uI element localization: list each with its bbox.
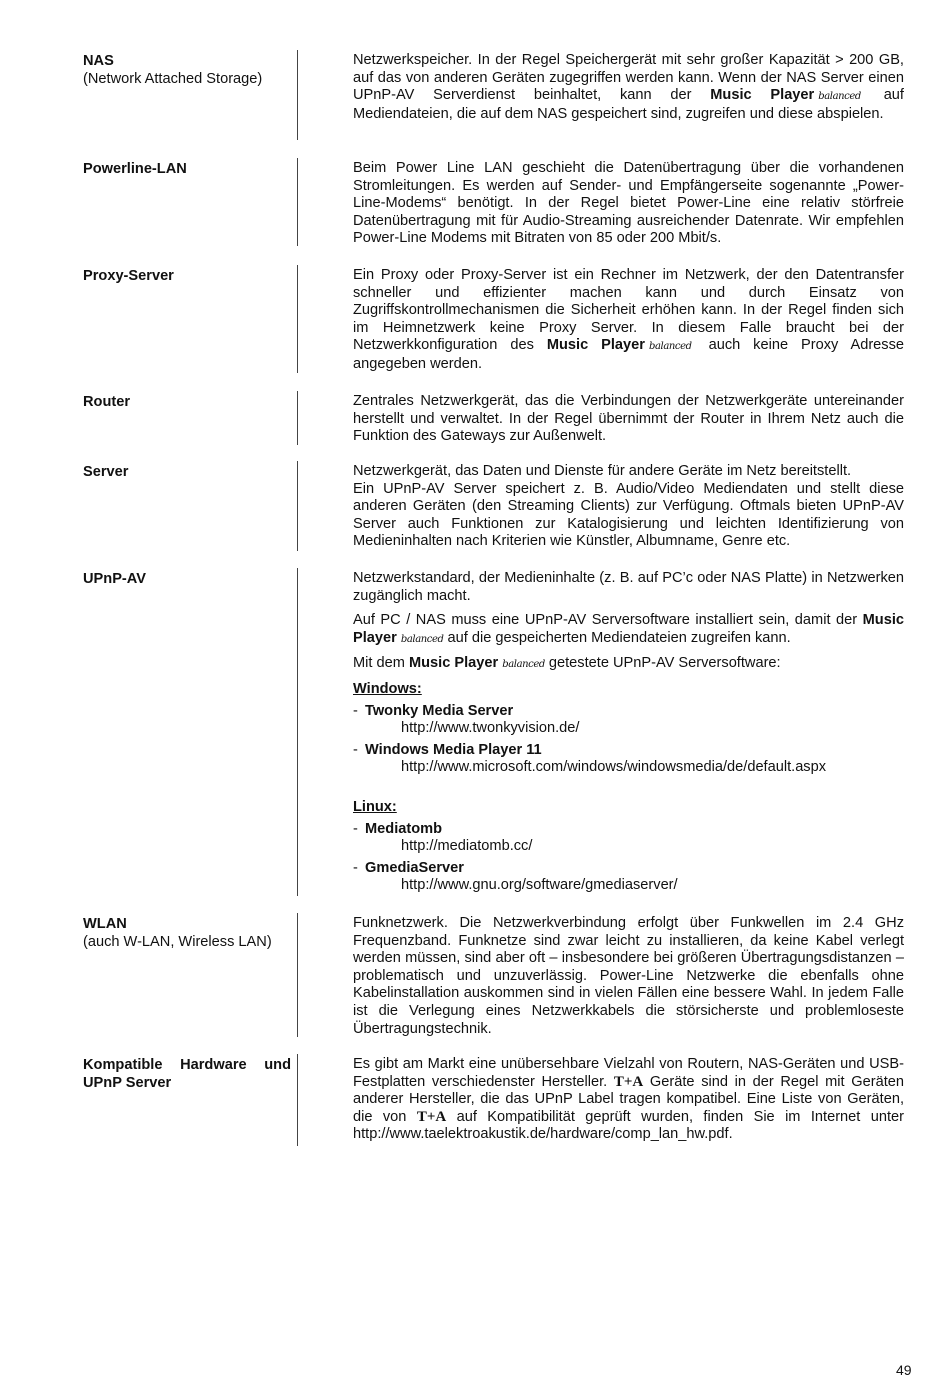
- def-text: Auf PC / NAS muss eine UPnP-AV Serversof…: [353, 612, 857, 628]
- definition: Netzwerkstandard, der Medieninhalte (z. …: [353, 570, 904, 895]
- balanced-logo: balanced: [649, 341, 692, 352]
- def-text: Netzwerkgerät, das Daten und Dienste für…: [353, 463, 904, 481]
- divider: [297, 158, 298, 246]
- divider: [297, 913, 298, 1037]
- divider: [297, 391, 298, 445]
- definition: Funknetzwerk. Die Netzwerkverbindung erf…: [353, 915, 904, 1038]
- software-name: GmediaServer: [365, 860, 464, 876]
- term-title: Router: [83, 394, 130, 410]
- term-title: Powerline-LAN: [83, 161, 187, 177]
- term: Proxy-Server: [83, 267, 291, 285]
- balanced-logo: balanced: [502, 659, 545, 670]
- divider: [297, 265, 298, 373]
- term: WLAN (auch W-LAN, Wireless LAN): [83, 915, 291, 951]
- list-item: -GmediaServer http://www.gnu.org/softwar…: [353, 860, 904, 895]
- definition: Es gibt am Markt eine unübersehbare Viel…: [353, 1056, 904, 1144]
- term: Kompatible Hardware und UPnP Server: [83, 1056, 291, 1092]
- product-name: Music Player: [710, 87, 814, 103]
- term-title: UPnP-AV: [83, 571, 146, 587]
- balanced-logo: balanced: [401, 634, 444, 645]
- def-text: Funknetzwerk. Die Netzwerkverbindung erf…: [353, 915, 904, 1038]
- def-text: Beim Power Line LAN geschieht die Datenü…: [353, 160, 904, 248]
- term-title: WLAN: [83, 916, 127, 932]
- divider: [297, 1054, 298, 1146]
- term-title: NAS: [83, 53, 114, 69]
- term: NAS (Network Attached Storage): [83, 52, 291, 88]
- def-text: Mit dem: [353, 655, 405, 671]
- definition: Ein Proxy oder Proxy-Server ist ein Rech…: [353, 267, 904, 374]
- term-title-line2: UPnP Server: [83, 1075, 171, 1091]
- def-text: Ein UPnP-AV Server speichert z. B. Audio…: [353, 481, 904, 551]
- term-title: Kompatible Hardware und: [83, 1056, 291, 1074]
- product-name: Music Player: [409, 655, 498, 671]
- def-text: getestete UPnP-AV Serversoftware:: [549, 655, 781, 671]
- page-number: 49: [896, 1362, 912, 1378]
- def-text: Zentrales Netzwerkgerät, das die Verbind…: [353, 393, 904, 446]
- software-name: Windows Media Player 11: [365, 742, 542, 758]
- list-item: -Twonky Media Server http://www.twonkyvi…: [353, 703, 904, 738]
- term: Router: [83, 393, 291, 411]
- definition: Zentrales Netzwerkgerät, das die Verbind…: [353, 393, 904, 446]
- ta-logo: T+A: [417, 1109, 446, 1125]
- ta-logo: T+A: [614, 1074, 643, 1090]
- divider: [297, 50, 298, 140]
- definition: Netzwerkspeicher. In der Regel Speicherg…: [353, 52, 904, 123]
- term: UPnP-AV: [83, 570, 291, 588]
- software-name: Twonky Media Server: [365, 703, 513, 719]
- divider: [297, 461, 298, 551]
- term-title: Server: [83, 464, 128, 480]
- product-name: Music Player: [547, 337, 645, 353]
- term-subtitle: (Network Attached Storage): [83, 71, 262, 87]
- software-url[interactable]: http://www.microsoft.com/windows/windows…: [353, 759, 904, 777]
- balanced-logo: balanced: [818, 91, 861, 102]
- definition: Beim Power Line LAN geschieht die Datenü…: [353, 160, 904, 248]
- linux-software-list: -Mediatomb http://mediatomb.cc/ -GmediaS…: [353, 821, 904, 895]
- term: Server: [83, 463, 291, 481]
- windows-software-list: -Twonky Media Server http://www.twonkyvi…: [353, 703, 904, 777]
- term-title: Proxy-Server: [83, 268, 174, 284]
- software-url[interactable]: http://www.gnu.org/software/gmediaserver…: [353, 877, 904, 895]
- def-text: Netzwerkstandard, der Medieninhalte (z. …: [353, 570, 904, 605]
- software-url[interactable]: http://www.twonkyvision.de/: [353, 720, 904, 738]
- term-subtitle: (auch W-LAN, Wireless LAN): [83, 934, 272, 950]
- list-item: -Windows Media Player 11 http://www.micr…: [353, 742, 904, 777]
- software-url[interactable]: http://mediatomb.cc/: [353, 838, 904, 856]
- definition: Netzwerkgerät, das Daten und Dienste für…: [353, 463, 904, 551]
- divider: [297, 568, 298, 896]
- software-name: Mediatomb: [365, 821, 442, 837]
- linux-heading: Linux:: [353, 799, 904, 817]
- windows-heading: Windows:: [353, 681, 904, 699]
- def-text: auf die gespeicherten Mediendateien zugr…: [448, 630, 791, 646]
- term: Powerline-LAN: [83, 160, 291, 178]
- list-item: -Mediatomb http://mediatomb.cc/: [353, 821, 904, 856]
